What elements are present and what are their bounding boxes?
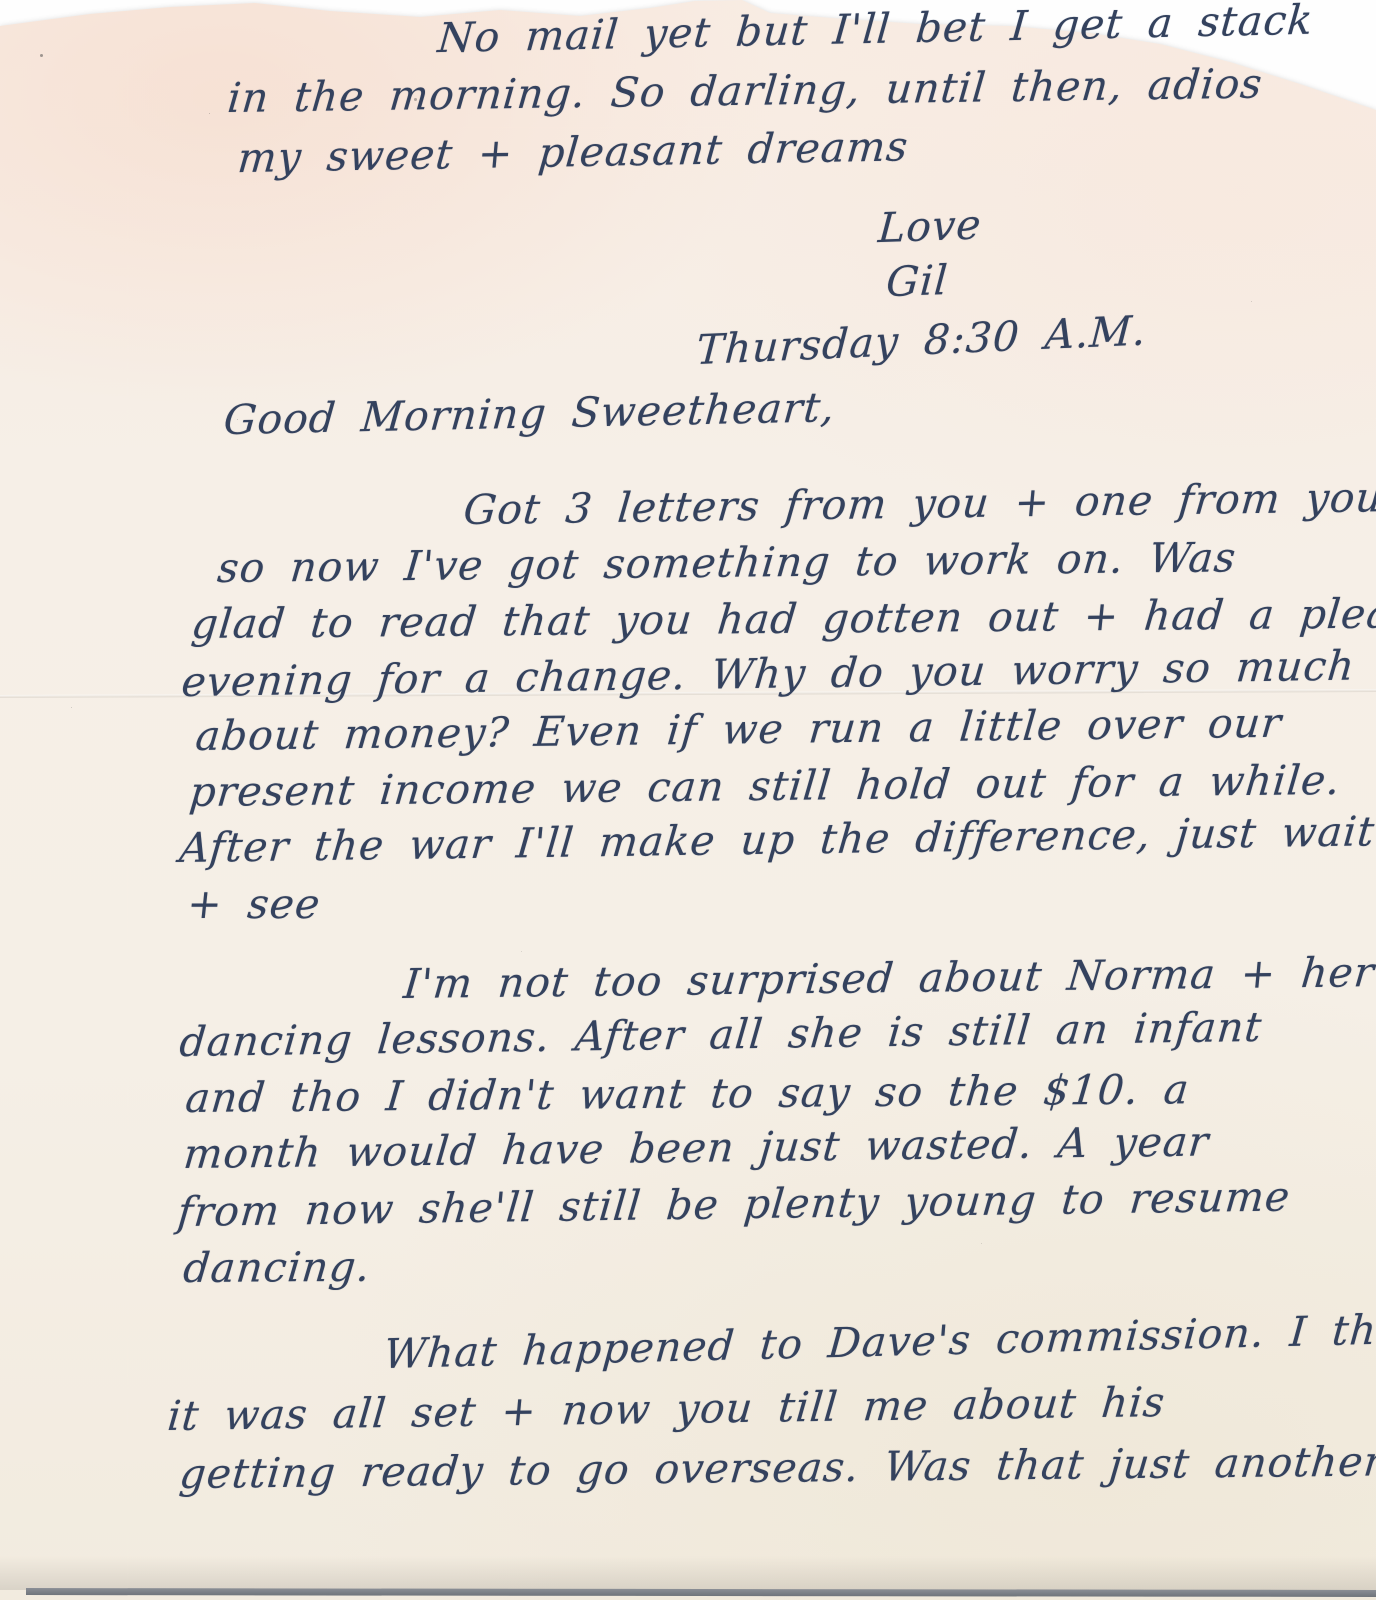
paragraph2-line-3: and tho I didn't want to say so the $10.… <box>183 1065 1191 1122</box>
paragraph2-line-1: I'm not too surprised about Norma + her <box>402 948 1376 1008</box>
prev-page-closing-line-1: No mail yet but I'll bet I get a stack <box>436 0 1315 62</box>
signature-name: Gil <box>885 256 950 306</box>
handwriting-layer: No mail yet but I'll bet I get a stack i… <box>0 0 1376 1600</box>
paragraph1-line-2: so now I've got something to work on. Wa… <box>215 533 1238 592</box>
paragraph3-line-3: getting ready to go overseas. Was that j… <box>177 1437 1376 1498</box>
paragraph1-line-4: evening for a change. Why do you worry s… <box>180 642 1357 706</box>
signature-valediction: Love <box>877 200 984 252</box>
paragraph1-line-6: present income we can still hold out for… <box>187 756 1342 816</box>
prev-page-closing-line-2: in the morning. So darling, until then, … <box>226 60 1265 123</box>
paragraph2-line-6: dancing. <box>181 1243 373 1292</box>
paragraph1-line-8: + see <box>185 880 323 928</box>
paragraph2-line-4: month would have been just wasted. A yea… <box>182 1117 1212 1178</box>
paragraph1-line-7: After the war I'll make up the differenc… <box>178 807 1376 872</box>
dateline: Thursday 8:30 A.M. <box>695 306 1148 374</box>
paragraph3-line-2: it was all set + now you till me about h… <box>166 1378 1168 1440</box>
paragraph1-line-3: glad to read that you had gotten out + h… <box>189 589 1376 648</box>
paragraph3-line-1: What happened to Dave's commission. I th… <box>382 1303 1376 1378</box>
prev-page-closing-line-3: my sweet + pleasant dreams <box>236 122 911 182</box>
paragraph2-line-5: from now she'll still be plenty young to… <box>176 1172 1293 1236</box>
paragraph1-line-1: Got 3 letters from you + one from your m… <box>462 470 1376 534</box>
paragraph2-line-2: dancing lessons. After all she is still … <box>178 1003 1265 1066</box>
paragraph1-line-5: about money? Even if we run a little ove… <box>194 699 1285 760</box>
salutation: Good Morning Sweetheart, <box>222 383 837 444</box>
